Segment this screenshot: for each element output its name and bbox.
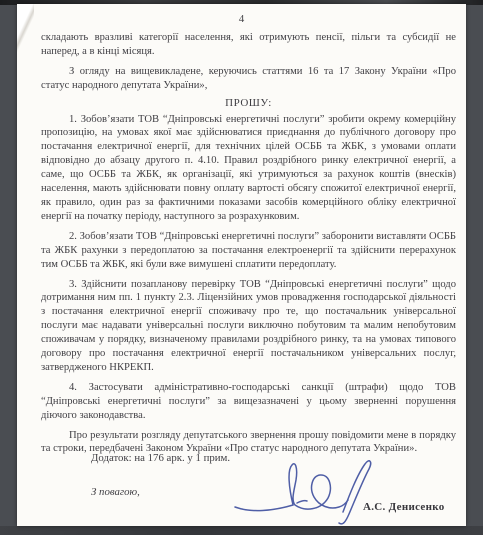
valediction: З повагою, xyxy=(91,486,140,498)
page-number: 4 xyxy=(17,4,466,25)
signatory-name: А.С. Денисенко xyxy=(363,501,445,513)
document-page: 4 складають вразливі категорії населення… xyxy=(17,4,466,526)
scan-bottom-edge xyxy=(0,526,483,535)
document-body: складають вразливі категорії населення, … xyxy=(17,25,466,456)
request-heading: ПРОШУ: xyxy=(41,97,456,111)
handwritten-signature xyxy=(231,456,383,526)
body-paragraph-continuation: складають вразливі категорії населення, … xyxy=(41,31,456,59)
body-paragraph-preamble: З огляду на вищевикладене, керуючись ста… xyxy=(41,65,456,93)
request-item-1: 1. Зобов’язати ТОВ “Дніпровські енергети… xyxy=(41,113,456,224)
request-item-2: 2. Зобов’язати ТОВ “Дніпровські енергети… xyxy=(41,230,456,272)
request-item-3: 3. Здійснити позапланову перевірку ТОВ “… xyxy=(41,278,456,375)
closing-paragraph: Про результати розгляду депутатського зв… xyxy=(41,429,456,457)
request-item-4: 4. Застосувати адміністративно-господарс… xyxy=(41,381,456,423)
page-fold-corner xyxy=(17,4,34,52)
